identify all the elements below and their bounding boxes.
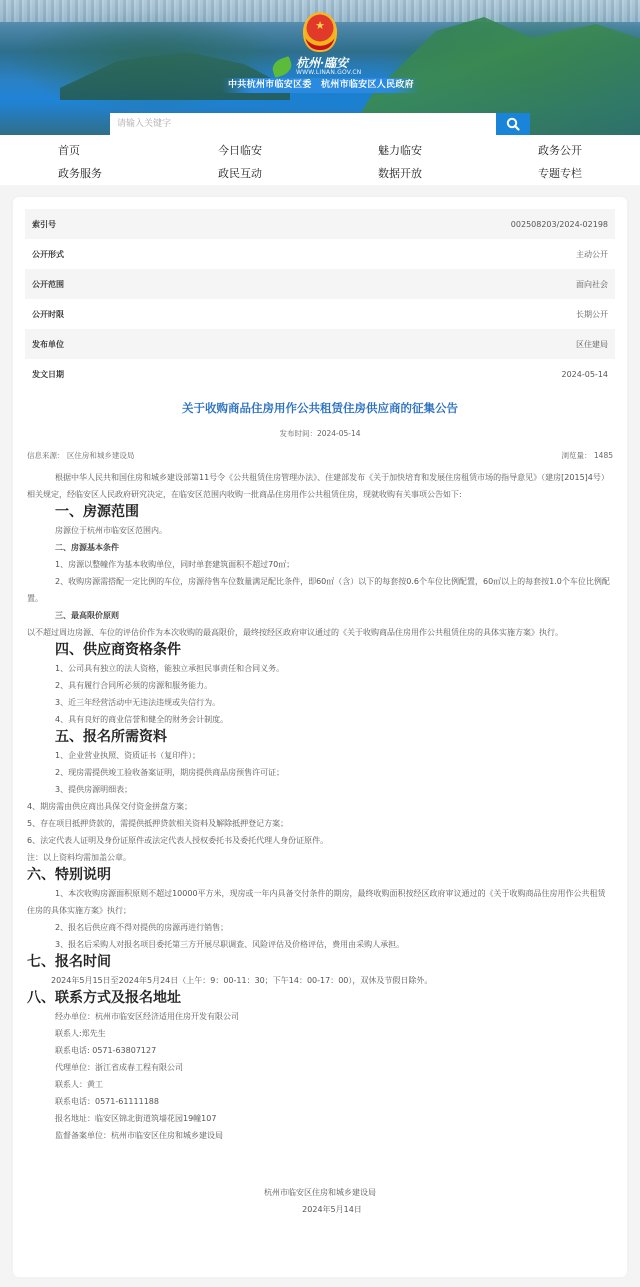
search-icon (506, 117, 520, 131)
section-heading: 一、房源范围 (27, 503, 613, 522)
meta-value: 002508203/2024-02198 (511, 220, 608, 229)
meta-value: 区住建局 (576, 339, 608, 350)
list-item: 2、报名后供应商不得对提供的房源再进行销售； (27, 919, 613, 936)
meta-key: 公开范围 (32, 279, 64, 290)
nav-item-gov-disclosure[interactable]: 政务公开 (480, 139, 640, 162)
section-heading: 八、联系方式及报名地址 (27, 989, 613, 1008)
main-nav: 首页 今日临安 魅力临安 政务公开 政务服务 政民互动 数据开放 专题专栏 (0, 135, 640, 185)
national-emblem-icon (303, 12, 337, 52)
search-input[interactable] (110, 113, 496, 135)
list-item: 4、具有良好的商业信誉和健全的财务会计制度。 (27, 711, 613, 728)
header-banner: 杭州·臨安 WWW.LINAN.GOV.CN 中共杭州市临安区委 杭州市临安区人… (0, 0, 640, 135)
nav-item-open-data[interactable]: 数据开放 (320, 162, 480, 185)
article-info: 信息来源： 区住房和城乡建设局 浏览量： 1485 (25, 450, 615, 461)
contact-item: 联系人:郑先生 (27, 1025, 613, 1042)
section-heading: 四、供应商资格条件 (27, 641, 613, 660)
meta-row-period: 公开时限 长期公开 (25, 299, 615, 329)
list-item: 2、具有履行合同所必须的房源和服务能力。 (27, 677, 613, 694)
meta-row-date: 发文日期 2024-05-14 (25, 359, 615, 389)
contact-item: 监督备案单位：杭州市临安区住房和城乡建设局 (27, 1127, 613, 1144)
meta-row-form: 公开形式 主动公开 (25, 239, 615, 269)
contact-item: 联系电话: 0571-63807127 (27, 1042, 613, 1059)
meta-row-scope: 公开范围 面向社会 (25, 269, 615, 299)
signature-org: 杭州市临安区住房和城乡建设局 (27, 1184, 613, 1201)
nav-item-gov-services[interactable]: 政务服务 (0, 162, 160, 185)
meta-value: 长期公开 (576, 309, 608, 320)
search-bar (110, 113, 530, 135)
list-item: 2、现房需提供竣工验收备案证明，期房提供商品房预售许可证； (27, 764, 613, 781)
nav-item-charm-linan[interactable]: 魅力临安 (320, 139, 480, 162)
meta-row-publisher: 发布单位 区住建局 (25, 329, 615, 359)
list-item: 2、收购房源需搭配一定比例的车位，房源待售车位数量满足配比条件，即60㎡（含）以… (27, 573, 613, 607)
paragraph: 房源位于杭州市临安区范围内。 (27, 522, 613, 539)
logo-text: 杭州·臨安 (296, 57, 362, 69)
meta-value: 2024-05-14 (562, 370, 609, 379)
meta-key: 公开形式 (32, 249, 64, 260)
meta-value: 面向社会 (576, 279, 608, 290)
list-item: 3、提供房源明细表； (27, 781, 613, 798)
intro-paragraph: 根据中华人民共和国住房和城乡建设部第11号令《公共租赁住房管理办法》、住建部发布… (27, 469, 613, 503)
meta-row-index: 索引号 002508203/2024-02198 (25, 209, 615, 239)
note: 注：以上资料均需加盖公章。 (27, 849, 613, 866)
paragraph: 2024年5月15日至2024年5月24日（上午：9：00-11：30；下午14… (27, 972, 613, 989)
list-item: 1、企业营业执照、资质证书（复印件）； (27, 747, 613, 764)
nav-item-today-linan[interactable]: 今日临安 (160, 139, 320, 162)
subsection-heading: 二、房源基本条件 (27, 539, 613, 556)
list-item: 1、房源以整幢作为基本收购单位，同时单套建筑面积不超过70㎡； (27, 556, 613, 573)
meta-key: 索引号 (32, 219, 56, 230)
article-card: 索引号 002508203/2024-02198 公开形式 主动公开 公开范围 … (13, 197, 627, 1277)
signature-date: 2024年5月14日 (27, 1201, 613, 1218)
logo-url: WWW.LINAN.GOV.CN (296, 69, 362, 77)
publish-time: 发布时间：2024-05-14 (25, 428, 615, 439)
gov-names: 中共杭州市临安区委 杭州市临安区人民政府 (222, 78, 420, 93)
section-heading: 七、报名时间 (27, 953, 613, 972)
contact-item: 报名地址：临安区锦北街道筑墙花园19幢107 (27, 1110, 613, 1127)
ginkgo-leaf-icon (270, 56, 294, 78)
contact-item: 联系电话：0571-61111188 (27, 1093, 613, 1110)
article-title: 关于收购商品住房用作公共租赁住房供应商的征集公告 (25, 399, 615, 417)
article-body: 根据中华人民共和国住房和城乡建设部第11号令《公共租赁住房管理办法》、住建部发布… (25, 469, 615, 1218)
meta-key: 发文日期 (32, 369, 64, 380)
section-heading: 六、特别说明 (27, 866, 613, 885)
list-item: 1、公司具有独立的法人资格，能独立承担民事责任和合同义务。 (27, 660, 613, 677)
view-count: 浏览量： 1485 (562, 450, 613, 461)
list-item: 6、法定代表人证明及身份证原件或法定代表人授权委托书及委托代理人身份证原件。 (27, 832, 613, 849)
signature: 杭州市临安区住房和城乡建设局 2024年5月14日 (27, 1184, 613, 1218)
meta-value: 主动公开 (576, 249, 608, 260)
meta-key: 公开时限 (32, 309, 64, 320)
contact-item: 代理单位：浙江省成春工程有限公司 (27, 1059, 613, 1076)
list-item: 5、存在项目抵押贷款的，需提供抵押贷款相关资料及解除抵押登记方案； (27, 815, 613, 832)
list-item: 1、本次收购房源面积原则不超过10000平方米，现房或一年内具备交付条件的期房，… (27, 885, 613, 919)
metadata-table: 索引号 002508203/2024-02198 公开形式 主动公开 公开范围 … (25, 209, 615, 389)
site-logo[interactable]: 杭州·臨安 WWW.LINAN.GOV.CN (272, 54, 362, 80)
paragraph: 以不超过周边房源、车位的评估价作为本次收购的最高限价，最终按经区政府审议通过的《… (27, 624, 613, 641)
list-item: 3、近三年经营活动中无违法违规或失信行为。 (27, 694, 613, 711)
nav-item-interaction[interactable]: 政民互动 (160, 162, 320, 185)
contact-item: 经办单位：杭州市临安区经济适用住房开发有限公司 (27, 1008, 613, 1025)
list-item: 4、期房需由供应商出具保交付资金拼盘方案； (27, 798, 613, 815)
search-button[interactable] (496, 113, 530, 135)
meta-key: 发布单位 (32, 339, 64, 350)
list-item: 3、报名后采购人对报名项目委托第三方开展尽职调查、风险评估及价格评估，费用由采购… (27, 936, 613, 953)
nav-item-home[interactable]: 首页 (0, 139, 160, 162)
info-source: 信息来源： 区住房和城乡建设局 (27, 450, 134, 461)
contact-item: 联系人：黄工 (27, 1076, 613, 1093)
section-heading: 五、报名所需资料 (27, 728, 613, 747)
subsection-heading: 三、最高限价原则 (27, 607, 613, 624)
nav-item-special-topics[interactable]: 专题专栏 (480, 162, 640, 185)
